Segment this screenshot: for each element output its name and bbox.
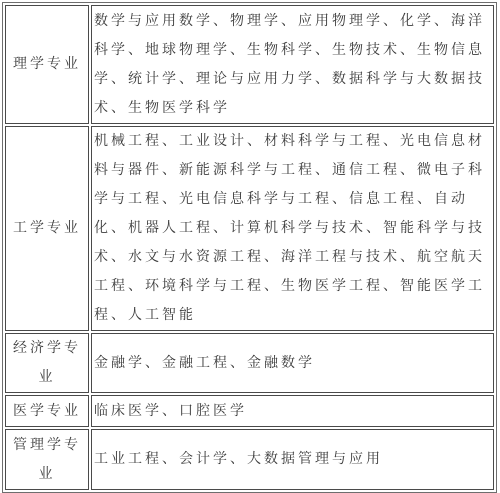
majors-table: 理学专业 数学与应用数学、物理学、应用物理学、化学、海洋科学、地球物理学、生物科…: [2, 2, 497, 477]
majors-cell: 机械工程、工业设计、材料科学与工程、光电信息材料与器件、新能源科学与工程、通信工…: [91, 126, 494, 331]
category-cell: 工学专业: [5, 126, 89, 331]
majors-cell: 临床医学、口腔医学: [91, 395, 494, 427]
category-cell: 理学专业: [5, 5, 89, 124]
table-row-engineering: 工学专业 机械工程、工业设计、材料科学与工程、光电信息材料与器件、新能源科学与工…: [5, 126, 494, 331]
table-row-science: 理学专业 数学与应用数学、物理学、应用物理学、化学、海洋科学、地球物理学、生物科…: [5, 5, 494, 124]
category-cell: 医学专业: [5, 395, 89, 427]
table-row-management: 管理学专业 工业工程、会计学、大数据管理与应用: [5, 429, 494, 477]
majors-cell: 工业工程、会计学、大数据管理与应用: [91, 429, 494, 477]
table-row-medicine: 医学专业 临床医学、口腔医学: [5, 395, 494, 427]
category-cell: 管理学专业: [5, 429, 89, 477]
majors-cell: 金融学、金融工程、金融数学: [91, 333, 494, 393]
majors-cell: 数学与应用数学、物理学、应用物理学、化学、海洋科学、地球物理学、生物科学、生物技…: [91, 5, 494, 124]
table-row-economics: 经济学专业 金融学、金融工程、金融数学: [5, 333, 494, 393]
category-cell: 经济学专业: [5, 333, 89, 393]
